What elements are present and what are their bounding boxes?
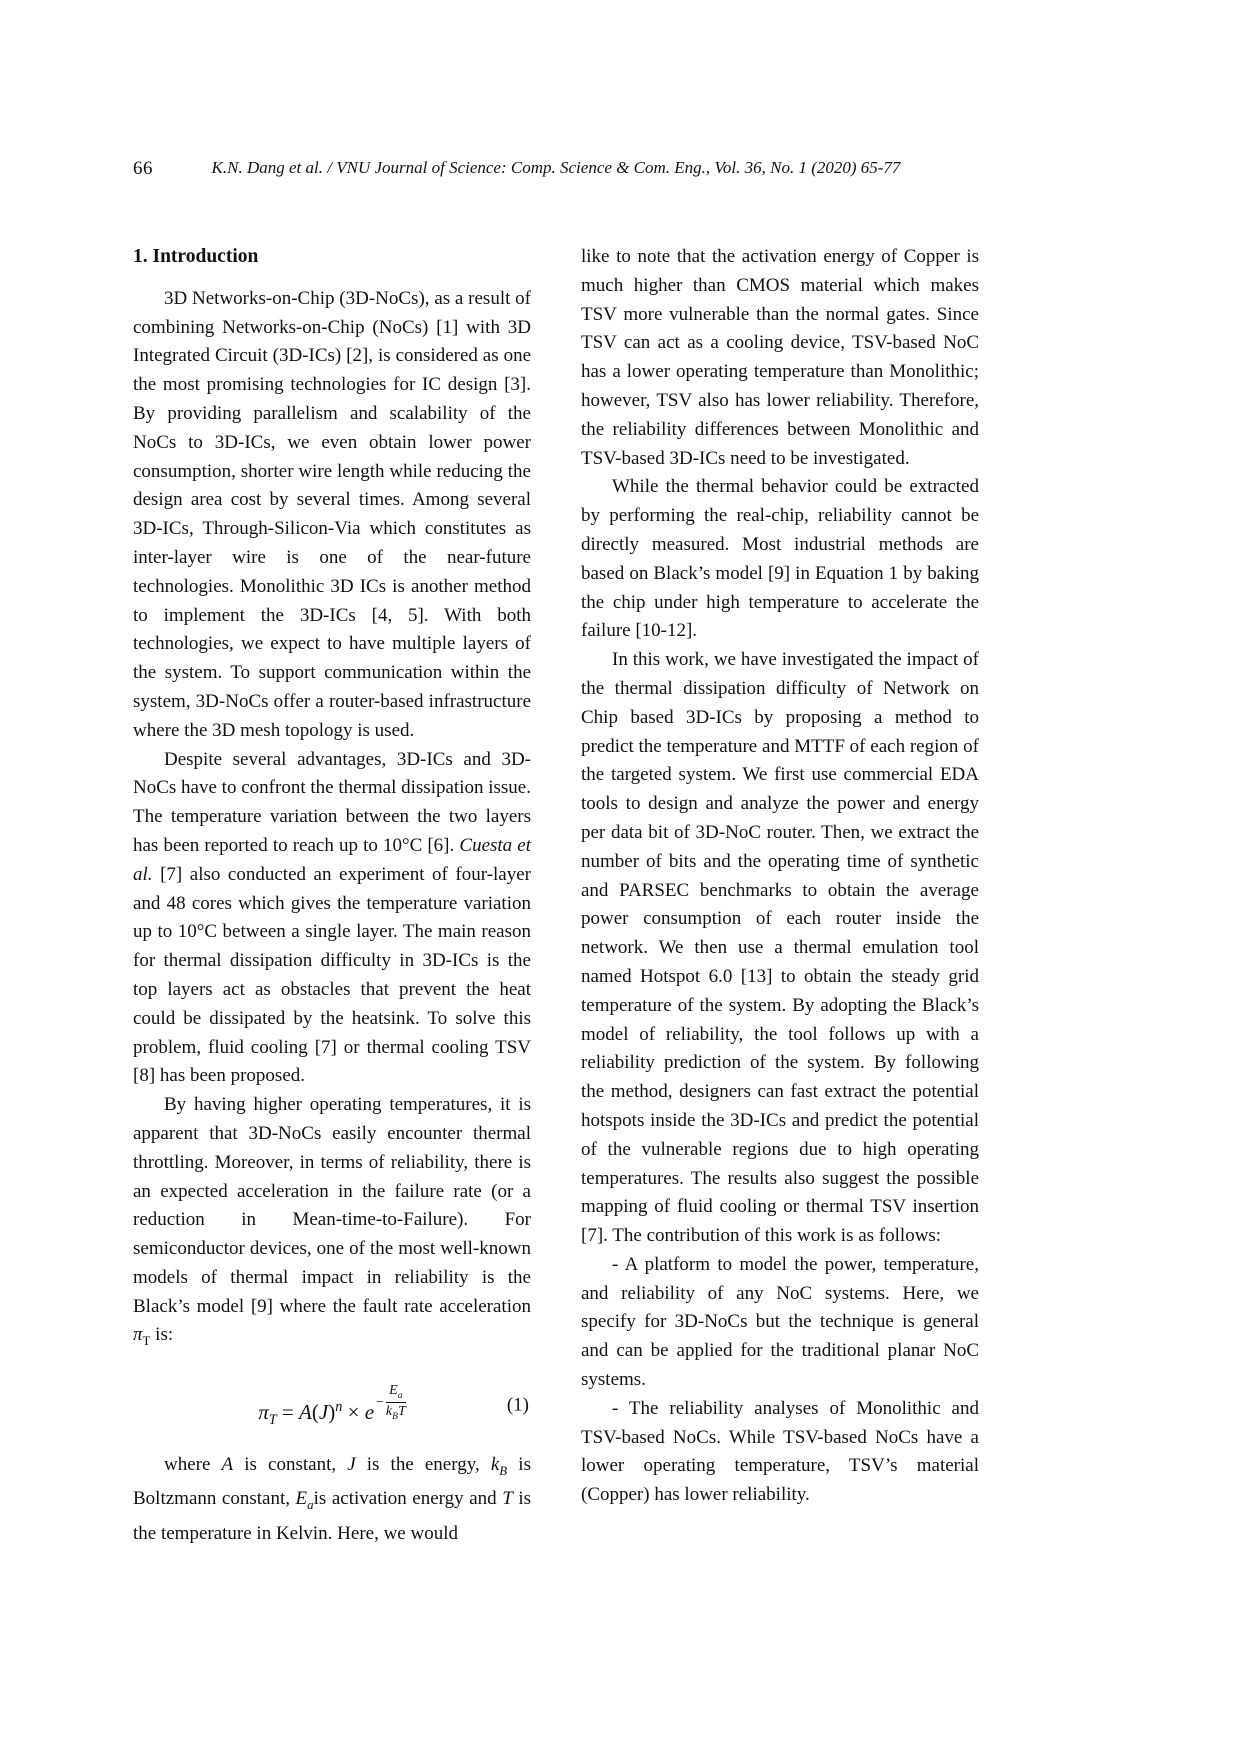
intro-paragraph-1: 3D Networks-on-Chip (3D-NoCs), as a resu…: [133, 285, 531, 746]
intro-paragraph-5: While the thermal behavior could be extr…: [581, 473, 979, 646]
equation-fraction-denominator: kBT: [386, 1403, 406, 1422]
paper-page: 66 K.N. Dang et al. / VNU Journal of Sci…: [0, 0, 1240, 1754]
contribution-bullet-2: - The reliability analyses of Monolithic…: [581, 1395, 979, 1510]
intro-paragraph-where: where A is constant, J is the energy, kB…: [133, 1451, 531, 1549]
intro-section-heading: 1. Introduction: [133, 243, 531, 272]
equation-body: πT = A(J)n × e−EakBT: [258, 1383, 406, 1428]
equation-number: (1): [507, 1396, 529, 1415]
page-number: 66: [133, 158, 153, 180]
equation-fraction: EakBT: [386, 1383, 406, 1423]
intro-paragraph-2: Despite several advantages, 3D-ICs and 3…: [133, 746, 531, 1092]
intro-paragraph-6: In this work, we have investigated the i…: [581, 646, 979, 1251]
page-header: 66 K.N. Dang et al. / VNU Journal of Sci…: [133, 158, 979, 182]
intro-paragraph-4-continued: like to note that the activation energy …: [581, 243, 979, 473]
equation-minus-sign: −: [376, 1395, 384, 1410]
running-title: K.N. Dang et al. / VNU Journal of Scienc…: [133, 158, 979, 178]
equation-fraction-numerator: Ea: [386, 1383, 406, 1403]
blacks-model-equation: πT = A(J)n × e−EakBT (1): [133, 1373, 531, 1438]
equation-exponent: −EakBT: [376, 1383, 406, 1423]
equation-base-terms: πT = A(J)n × e: [258, 1400, 374, 1424]
intro-paragraph-3: By having higher operating temperatures,…: [133, 1091, 531, 1356]
left-column: 1. Introduction 3D Networks-on-Chip (3D-…: [133, 243, 531, 1549]
two-column-body: 1. Introduction 3D Networks-on-Chip (3D-…: [133, 243, 979, 1549]
right-column: like to note that the activation energy …: [581, 243, 979, 1549]
contribution-bullet-1: - A platform to model the power, tempera…: [581, 1251, 979, 1395]
